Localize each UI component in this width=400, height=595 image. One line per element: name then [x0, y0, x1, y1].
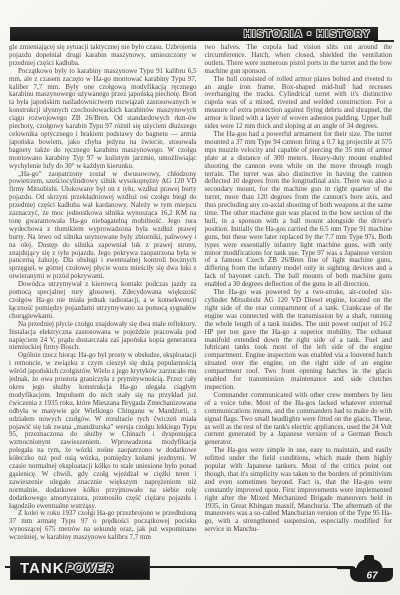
logo-text-power: POWER	[66, 562, 114, 574]
logo-text-tank: TANK	[20, 561, 65, 576]
tankpower-logo: TANK POWER	[10, 556, 150, 580]
paragraph: The hull consisted of rolled armor plate…	[205, 76, 393, 131]
paragraph: Ogólnie rzecz biorąc Ha-go był prosty w …	[9, 352, 197, 510]
paragraph: „Ha-go” zaopatrzony został w dwusuwowy, …	[9, 171, 197, 282]
magazine-page: HISTORIA • HISTORY gle zmieniającej się …	[0, 0, 400, 595]
section-title: HISTORIA • HISTORY	[244, 29, 371, 40]
page-number: 67	[366, 571, 378, 582]
paragraph: The Ha-gos were simple in use, easy to m…	[205, 447, 393, 534]
paragraph: The Ha-go was powered by a two-stroke, a…	[205, 289, 393, 392]
paragraph: Na przedniej płycie czołgu znajdowały si…	[9, 321, 197, 353]
paragraph: gle zmieniającej się sytuacji taktycznej…	[9, 44, 197, 68]
section-header-bar: HISTORIA • HISTORY	[10, 27, 378, 41]
paragraph: Z kolei w roku 1937 czołgi Ha-go przezbr…	[9, 510, 197, 542]
tank-turret	[356, 559, 383, 569]
paragraph: two halves. The cupola had vision slits …	[205, 44, 393, 76]
paragraph: The Ha-gos had a powerful armament for t…	[205, 131, 393, 289]
tank-page-number-icon: 67	[337, 554, 395, 585]
paragraph: Początkowo były to karabiny maszynowe Ty…	[9, 68, 197, 171]
right-column-english: two halves. The cupola had vision slits …	[205, 44, 393, 553]
left-column-polish: gle zmieniającej się sytuacji taktycznej…	[9, 44, 197, 553]
article-columns: gle zmieniającej się sytuacji taktycznej…	[9, 44, 392, 553]
paragraph: Commander communicated with other crew m…	[205, 392, 393, 447]
paragraph: Dowódca utrzymywał z kierowcą kontakt po…	[9, 281, 197, 321]
header-tail-rule	[374, 40, 394, 42]
